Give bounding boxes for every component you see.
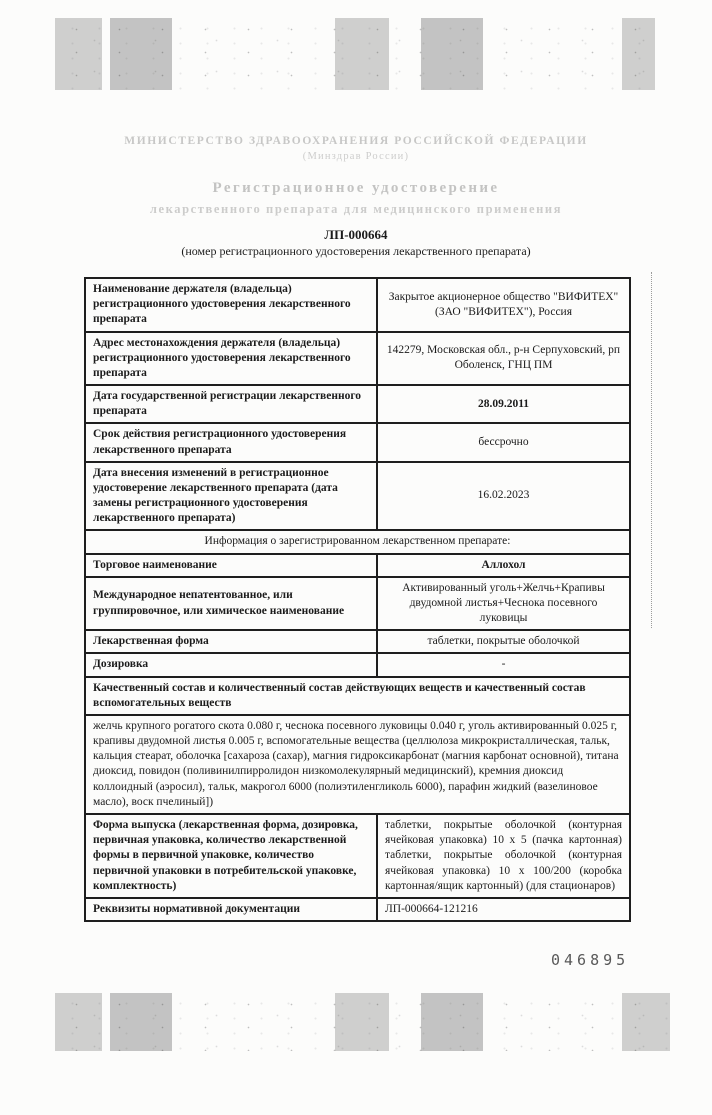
release-form-label: Форма выпуска (лекарственная форма, дози… xyxy=(85,814,377,898)
scan-noise-bottom xyxy=(55,993,670,1051)
table-row: Лекарственная форма таблетки, покрытые о… xyxy=(85,630,630,653)
registration-number: ЛП-000664 xyxy=(0,227,712,243)
table-row: Торговое наименование Аллохол xyxy=(85,554,630,577)
dosage-label: Дозировка xyxy=(85,653,377,676)
release-form-value: таблетки, покрытые оболочкой (контурная … xyxy=(377,814,630,898)
scan-noise-top xyxy=(55,18,655,90)
dosage-form-value: таблетки, покрытые оболочкой xyxy=(377,630,630,653)
registration-date-value: 28.09.2011 xyxy=(377,385,630,423)
ministry-short-name: (Минздрав России) xyxy=(0,151,712,162)
page-edge-dotted-line xyxy=(651,272,652,628)
dosage-form-label: Лекарственная форма xyxy=(85,630,377,653)
holder-address-value: 142279, Московская обл., р-н Серпуховски… xyxy=(377,332,630,386)
registration-table: Наименование держателя (владельца) регис… xyxy=(84,277,631,922)
document-title-line1: Регистрационное удостоверение xyxy=(0,180,712,197)
trade-name-label: Торговое наименование xyxy=(85,554,377,577)
holder-name-value: Закрытое акционерное общество "ВИФИТЕХ" … xyxy=(377,278,630,332)
table-row: Информация о зарегистрированном лекарств… xyxy=(85,530,630,553)
registration-number-caption: (номер регистрационного удостоверения ле… xyxy=(0,244,712,259)
ministry-name: МИНИСТЕРСТВО ЗДРАВООХРАНЕНИЯ РОССИЙСКОЙ … xyxy=(0,135,712,147)
table-row: Наименование держателя (владельца) регис… xyxy=(85,278,630,332)
composition-text: желчь крупного рогатого скота 0.080 г, ч… xyxy=(85,715,630,814)
table-row: Дата внесения изменений в регистрационно… xyxy=(85,462,630,531)
composition-section-header: Качественный состав и количественный сос… xyxy=(85,677,630,715)
scanned-certificate-page: МИНИСТЕРСТВО ЗДРАВООХРАНЕНИЯ РОССИЙСКОЙ … xyxy=(0,0,712,1115)
holder-name-label: Наименование держателя (владельца) регис… xyxy=(85,278,377,332)
holder-address-label: Адрес местонахождения держателя (владель… xyxy=(85,332,377,386)
dosage-value: - xyxy=(377,653,630,676)
inn-label: Международное непатентованное, или групп… xyxy=(85,577,377,631)
document-title-line2: лекарственного препарата для медицинског… xyxy=(0,202,712,217)
drug-info-section-header: Информация о зарегистрированном лекарств… xyxy=(85,530,630,553)
table-row: Срок действия регистрационного удостовер… xyxy=(85,423,630,461)
stamp-number: 046895 xyxy=(551,951,629,969)
table-row: Форма выпуска (лекарственная форма, дози… xyxy=(85,814,630,898)
amendment-date-label: Дата внесения изменений в регистрационно… xyxy=(85,462,377,531)
validity-term-value: бессрочно xyxy=(377,423,630,461)
validity-term-label: Срок действия регистрационного удостовер… xyxy=(85,423,377,461)
inn-value: Активированный уголь+Желчь+Крапивы двудо… xyxy=(377,577,630,631)
amendment-date-value: 16.02.2023 xyxy=(377,462,630,531)
table-row: Международное непатентованное, или групп… xyxy=(85,577,630,631)
table-row: желчь крупного рогатого скота 0.080 г, ч… xyxy=(85,715,630,814)
registration-date-label: Дата государственной регистрации лекарст… xyxy=(85,385,377,423)
normative-docs-label: Реквизиты нормативной документации xyxy=(85,898,377,921)
table-row: Дозировка - xyxy=(85,653,630,676)
trade-name-value: Аллохол xyxy=(377,554,630,577)
table-row: Реквизиты нормативной документации ЛП-00… xyxy=(85,898,630,921)
table-row: Адрес местонахождения держателя (владель… xyxy=(85,332,630,386)
table-row: Дата государственной регистрации лекарст… xyxy=(85,385,630,423)
table-row: Качественный состав и количественный сос… xyxy=(85,677,630,715)
normative-docs-value: ЛП-000664-121216 xyxy=(377,898,630,921)
